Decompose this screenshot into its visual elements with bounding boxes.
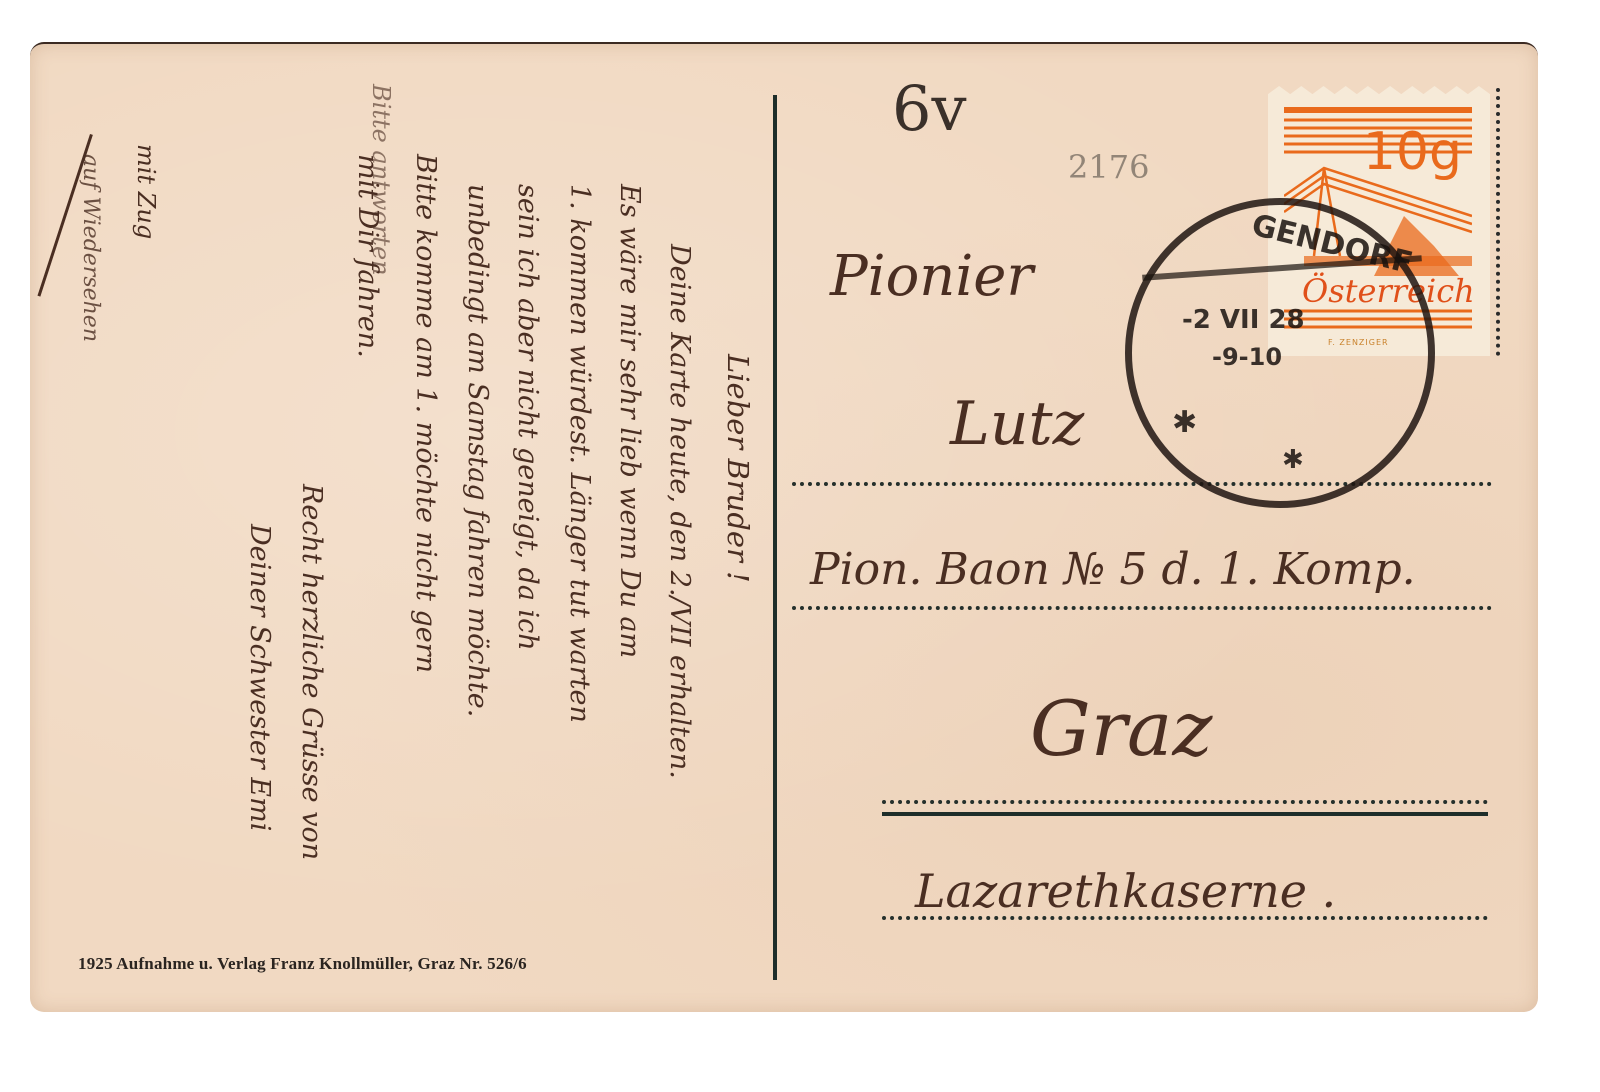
address-title: Pionier <box>830 244 1033 309</box>
message-line: Lieber Bruder ! <box>721 354 755 583</box>
postmark-date: -2 VII 28 <box>1182 305 1305 335</box>
address-rule <box>792 606 1492 610</box>
address-rule <box>882 916 1488 920</box>
postmark-star-icon: ✱ <box>1282 445 1304 475</box>
side-note: mit Zug <box>132 144 160 239</box>
address-name: Lutz <box>950 389 1084 459</box>
postmark: GENDORF -2 VII 28 -9-10 ✱ ✱ <box>1125 198 1435 508</box>
message-line: Es wäre mir sehr lieb wenn Du am <box>614 184 645 658</box>
address-street: Lazarethkaserne . <box>915 864 1336 918</box>
side-note: auf Wiedersehen <box>78 154 103 342</box>
message-line: Deiner Schwester Emi <box>244 524 275 831</box>
publisher-imprint: 1925 Aufnahme u. Verlag Franz Knollmülle… <box>78 954 527 974</box>
handwritten-message: Lieber Bruder ! Deine Karte heute, den 2… <box>65 104 785 984</box>
message-line: Deine Karte heute, den 2./VII erhalten. <box>664 244 695 779</box>
pencil-note-6v: 6v <box>892 72 966 145</box>
catalog-number-note: 2176 <box>1068 148 1149 186</box>
message-line: sein ich aber nicht geneigt, da ich <box>512 184 543 651</box>
address-city: Graz <box>1030 684 1212 773</box>
stamp-value: 10g <box>1363 122 1462 182</box>
address-rule <box>792 482 1492 486</box>
pencil-note: Bitte antworten <box>367 84 395 276</box>
center-divider <box>773 95 777 980</box>
message-line: Recht herzliche Grüsse von <box>296 484 327 860</box>
address-rule <box>882 800 1488 804</box>
message-line: 1. kommen würdest. Länger tut warten <box>564 184 595 723</box>
postmark-star-icon: ✱ <box>1172 405 1197 440</box>
address-unit: Pion. Baon № 5 d. 1. Komp. <box>810 544 1416 595</box>
postmark-time: -9-10 <box>1212 343 1282 371</box>
message-line: Bitte komme am 1. möchte nicht gern <box>410 154 441 673</box>
city-underline <box>882 812 1488 816</box>
message-line: unbedingt am Samstag fahren möchte. <box>462 184 493 717</box>
